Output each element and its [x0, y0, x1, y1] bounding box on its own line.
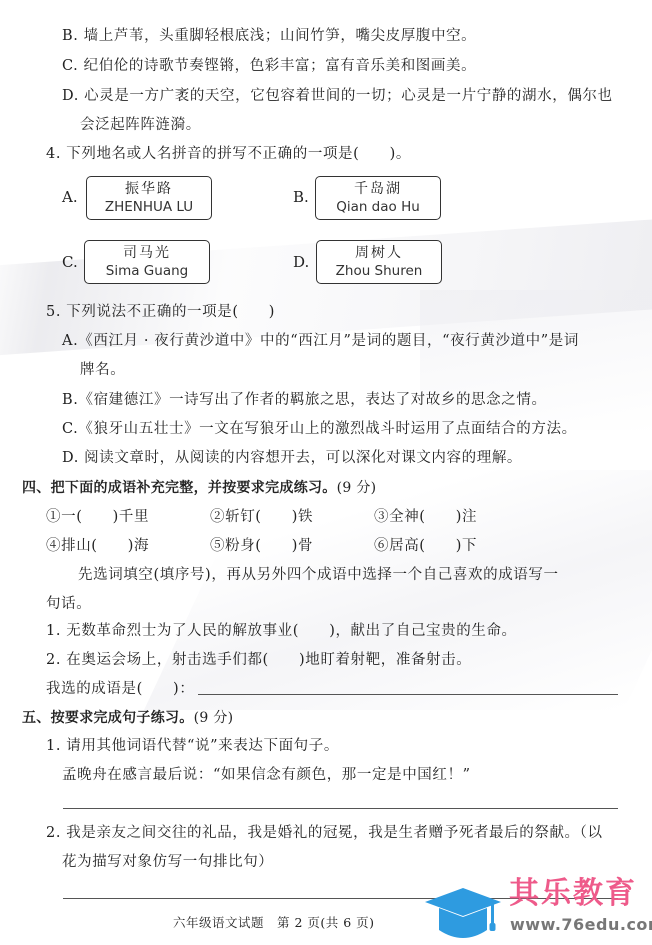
section-4-points: (9 分)	[337, 480, 377, 496]
idiom-4: ④排山( )海	[46, 537, 149, 555]
watermark-brand: 其乐教育	[509, 877, 637, 911]
q4-option-a-hanzi: 振华路	[87, 180, 211, 198]
q4-option-b-box: 千岛湖 Qian dao Hu	[315, 176, 441, 220]
section-5-item-2-cont: 花为描写对象仿写一句排比句）	[62, 853, 273, 871]
idiom-2: ②斩钉( )铁	[210, 508, 313, 526]
q4-option-d-pinyin: Zhou Shuren	[317, 262, 441, 280]
section-5-title: 五、按要求完成句子练习。	[22, 710, 194, 726]
idiom-1: ①一( )千里	[46, 508, 149, 526]
q4-option-b-label: B.	[293, 188, 309, 206]
section-4-heading: 四、把下面的成语补充完整，并按要求完成练习。(9 分)	[22, 479, 376, 497]
q3-option-b: B. 墙上芦苇，头重脚轻根底浅；山间竹笋，嘴尖皮厚腹中空。	[62, 27, 476, 45]
q4-option-b-pinyin: Qian dao Hu	[316, 198, 440, 216]
section-5-heading: 五、按要求完成句子练习。(9 分)	[22, 709, 233, 727]
q5-option-a-cont: 牌名。	[80, 361, 125, 379]
q3-option-c: C. 纪伯伦的诗歌节奏铿锵，色彩丰富；富有音乐美和图画美。	[62, 57, 476, 75]
background-swoosh	[420, 290, 652, 430]
q5-option-d: D. 阅读文章时，从阅读的内容想开去，可以深化对课文内容的理解。	[62, 449, 522, 467]
q4-option-c-label: C.	[62, 253, 78, 271]
q4-option-c-box: 司马光 Sima Guang	[84, 240, 210, 284]
background-swoosh	[144, 470, 652, 710]
q4-option-d-box: 周树人 Zhou Shuren	[316, 240, 442, 284]
q5-option-c: C.《狼牙山五壮士》一文在写狼牙山上的激烈战斗时运用了点面结合的方法。	[62, 420, 577, 438]
q4-option-d-label: D.	[293, 253, 309, 271]
section-5-item-1: 1. 请用其他词语代替“说”来表达下面句子。	[46, 737, 339, 755]
watermark-url: www.76edu.com	[510, 915, 652, 934]
section-4-title: 四、把下面的成语补充完整，并按要求完成练习。	[22, 480, 337, 496]
page-footer: 六年级语文试题 第 2 页(共 6 页)	[173, 913, 375, 931]
idiom-5: ⑤粉身( )骨	[210, 537, 313, 555]
section-5-points: (9 分)	[194, 710, 234, 726]
q5-stem: 5. 下列说法不正确的一项是( )	[46, 303, 275, 321]
q4-option-a-box: 振华路 ZHENHUA LU	[86, 176, 212, 220]
section-5-item-1-answer-line[interactable]	[63, 808, 618, 809]
section-4-instruction-cont: 句话。	[46, 595, 91, 613]
q5-option-b: B.《宿建德江》一诗写出了作者的羁旅之思，表达了对故乡的思念之情。	[62, 391, 547, 409]
q4-option-a-pinyin: ZHENHUA LU	[87, 198, 211, 216]
section-4-item-2: 2. 在奥运会场上，射击选手们都( )地盯着射靶，准备射击。	[46, 651, 471, 669]
q4-option-a-label: A.	[62, 188, 78, 206]
q4-stem: 4. 下列地名或人名拼音的拼写不正确的一项是( )。	[46, 145, 411, 163]
section-4-item-1: 1. 无数革命烈士为了人民的解放事业( )，献出了自己宝贵的生命。	[46, 622, 517, 640]
q4-option-d-hanzi: 周树人	[317, 244, 441, 262]
q5-option-a: A.《西江月 · 夜行黄沙道中》中的“西江月”是词的题目，“夜行黄沙道中”是词	[62, 332, 579, 350]
q3-option-d: D. 心灵是一方广袤的天空，它包容着世间的一切；心灵是一片宁静的湖水，偶尔也	[62, 87, 613, 105]
q4-option-c-hanzi: 司马光	[85, 244, 209, 262]
my-idiom-answer-line[interactable]	[198, 694, 618, 695]
q4-option-b-hanzi: 千岛湖	[316, 180, 440, 198]
section-4-instruction: 先选词填空(填序号)，再从另外四个成语中选择一个自己喜欢的成语写一	[78, 566, 559, 584]
idiom-3: ③全神( )注	[374, 508, 477, 526]
section-5-item-1-sentence: 孟晚舟在感言最后说：“如果信念有颜色，那一定是中国红！”	[62, 766, 471, 784]
q4-option-c-pinyin: Sima Guang	[85, 262, 209, 280]
idiom-6: ⑥居高( )下	[374, 537, 477, 555]
graduation-cap-icon	[423, 886, 505, 945]
q3-option-d-cont: 会泛起阵阵涟漪。	[80, 116, 201, 134]
section-5-item-2: 2. 我是亲友之间交往的礼品，我是婚礼的冠冕，我是生者赠予死者最后的祭献。（以	[46, 824, 603, 842]
my-idiom-choice-label: 我选的成语是( )：	[46, 680, 194, 698]
